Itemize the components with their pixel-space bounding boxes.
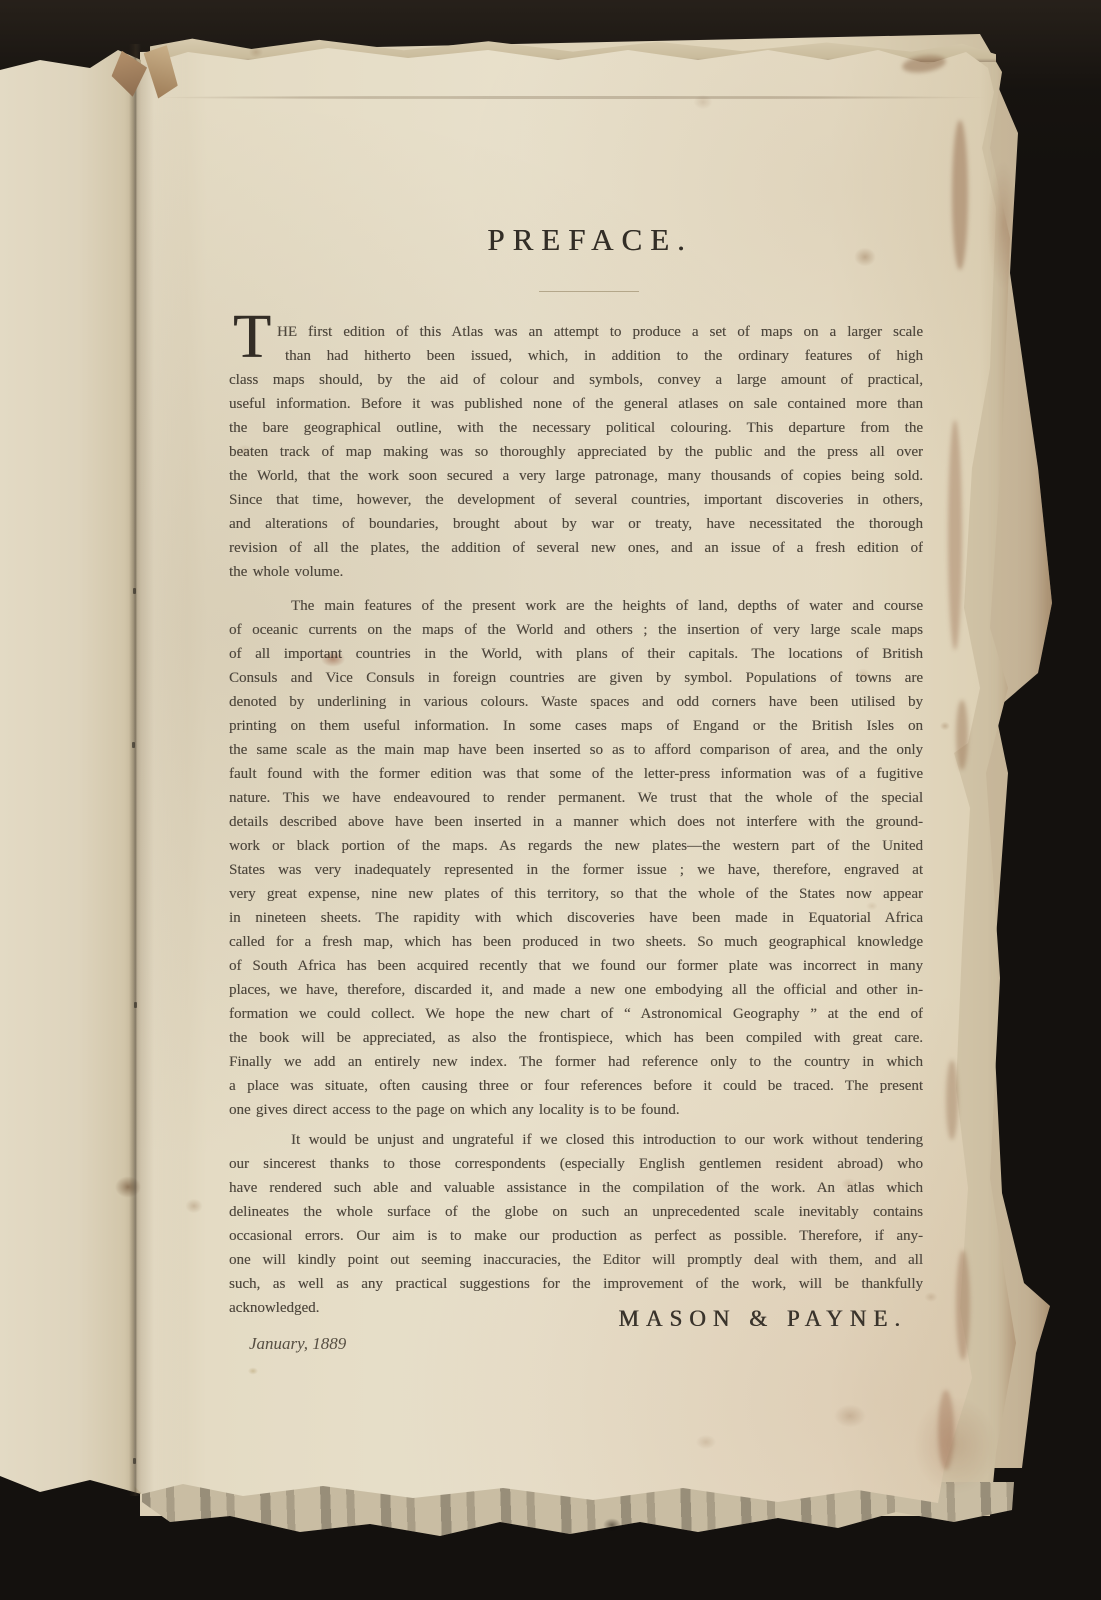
text-line: class maps should, by the aid of colour …	[229, 368, 923, 392]
text-line: the bare geographical outline, with the …	[229, 416, 923, 440]
foxing-stain	[850, 244, 880, 270]
foxing-stain	[838, 1176, 860, 1192]
text-line: the World, that the work soon secured a …	[229, 464, 923, 488]
date-line: January, 1889	[249, 1334, 346, 1354]
text-line: one will kindly point out seeming inaccu…	[229, 1248, 923, 1272]
foxing-stain	[246, 1366, 260, 1376]
foxing-stain	[692, 1432, 720, 1452]
paragraph-lines: HE first edition of this Atlas was an at…	[229, 320, 923, 584]
text-line: revision of all the plates, the addition…	[229, 536, 923, 560]
text-line: denoted by underlining in various colour…	[229, 690, 923, 714]
text-line: details described above have been insert…	[229, 810, 923, 834]
foxing-stain	[246, 44, 266, 60]
torn-edge-streak	[946, 1060, 958, 1140]
text-line: useful information. Before it was publis…	[229, 392, 923, 416]
foxing-stain	[234, 442, 256, 460]
foxing-stain	[864, 900, 880, 912]
page-title: PREFACE.	[229, 222, 937, 258]
text-line: in nineteen sheets. The rapidity with wh…	[229, 906, 923, 930]
stitch-mark	[132, 742, 135, 748]
text-line: than had hitherto been issued, which, in…	[229, 344, 923, 368]
text-line: Finally we add an entirely new index. Th…	[229, 1050, 923, 1074]
stitch-mark	[133, 588, 136, 594]
text-line: called for a fresh map, which has been p…	[229, 930, 923, 954]
text-line: States was very inadequately represented…	[229, 858, 923, 882]
text-line: formation we could collect. We hope the …	[229, 1002, 923, 1026]
torn-edge-streak	[956, 700, 968, 770]
text-line: occasional errors. Our aim is to make ou…	[229, 1224, 923, 1248]
text-line: The main features of the present work ar…	[229, 594, 923, 618]
foxing-stain	[900, 1380, 1010, 1510]
text-line: very great expense, nine new plates of t…	[229, 882, 923, 906]
publisher-signature: MASON & PAYNE.	[618, 1306, 907, 1332]
torn-edge-streak	[952, 120, 968, 270]
paragraph-lines: The main features of the present work ar…	[229, 594, 923, 1122]
text-line: and alterations of boundaries, brought a…	[229, 512, 923, 536]
text-line: a place was situate, often causing three…	[229, 1074, 923, 1098]
text-line: of oceanic currents on the maps of the W…	[229, 618, 923, 642]
text-line: nature. This we have endeavoured to rend…	[229, 786, 923, 810]
stitch-mark	[134, 1002, 137, 1008]
foxing-stain	[182, 1196, 206, 1216]
text-line: fault found with the former edition was …	[229, 762, 923, 786]
text-line: of South Africa has been acquired recent…	[229, 954, 923, 978]
foxing-stain	[690, 92, 716, 112]
foxing-stain	[316, 648, 350, 670]
text-line: have rendered such able and valuable ass…	[229, 1176, 923, 1200]
text-line: It would be unjust and ungrateful if we …	[229, 1128, 923, 1152]
paragraph-lines: It would be unjust and ungrateful if we …	[229, 1128, 923, 1320]
foxing-stain	[828, 1400, 872, 1432]
preface-paragraph-2: The main features of the present work ar…	[229, 594, 923, 1122]
torn-edge-streak	[948, 420, 962, 650]
facing-page	[0, 42, 141, 1494]
text-line: printing on them useful information. In …	[229, 714, 923, 738]
title-rule	[539, 291, 639, 292]
text-line: such, as well as any practical suggestio…	[229, 1272, 923, 1296]
text-line: the whole volume.	[229, 560, 923, 584]
text-line: Since that time, however, the developmen…	[229, 488, 923, 512]
text-line: beaten track of map making was so thorou…	[229, 440, 923, 464]
printed-content: PREFACE. T HE first edition of this Atla…	[229, 0, 923, 1600]
text-line: work or black portion of the maps. As re…	[229, 834, 923, 858]
foxing-stain	[600, 1516, 624, 1534]
text-line: HE first edition of this Atlas was an at…	[229, 320, 923, 344]
foxing-stain	[922, 1290, 940, 1304]
foxing-stain	[110, 1172, 146, 1202]
foxing-stain	[982, 140, 1024, 310]
gutter-crease	[129, 44, 141, 1496]
foxing-stain	[852, 666, 874, 684]
text-line: one gives direct access to the page on w…	[229, 1098, 923, 1122]
preface-paragraph-1: T HE first edition of this Atlas was an …	[229, 320, 923, 584]
foxing-stain	[938, 720, 952, 732]
text-line: the same scale as the main map have been…	[229, 738, 923, 762]
torn-edge-streak	[956, 1250, 970, 1360]
text-line: the book will be appreciated, as also th…	[229, 1026, 923, 1050]
stitch-mark	[133, 1458, 136, 1464]
text-line: our sincerest thanks to those correspond…	[229, 1152, 923, 1176]
drop-cap: T	[233, 313, 271, 361]
book-photo: PREFACE. T HE first edition of this Atla…	[0, 0, 1101, 1600]
text-line: places, we have, therefore, discarded it…	[229, 978, 923, 1002]
preface-paragraph-3: It would be unjust and ungrateful if we …	[229, 1128, 923, 1320]
text-line: delineates the whole surface of the glob…	[229, 1200, 923, 1224]
